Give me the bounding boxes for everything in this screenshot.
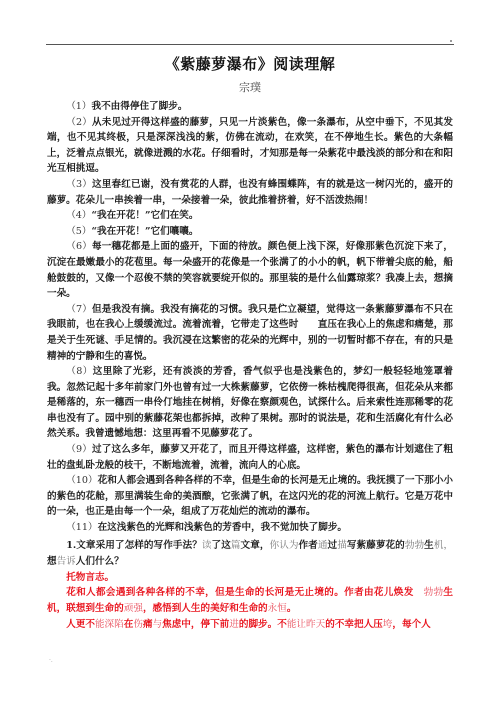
answer-text: 人更不 bbox=[66, 619, 95, 630]
paragraph-text: 花和人都会遇到各种各样的不幸，但是生命的长河是无止境的。我抚摸了一下那小小的紫色… bbox=[47, 475, 453, 517]
question-text: 了这 bbox=[212, 540, 231, 551]
question-text: 人们什么？ bbox=[76, 556, 124, 567]
answer-line-1: 托物言志。 bbox=[47, 570, 453, 586]
answer-text: 顽强 bbox=[124, 603, 143, 614]
paragraph-number: （7） bbox=[66, 304, 92, 315]
paragraph-7: （7）但是我没有摘。我没有摘花的习惯。我只是伫立凝望，觉得这一条紫藤萝瀑布不只在… bbox=[47, 302, 453, 364]
question-text: 篇 bbox=[231, 540, 241, 551]
question-text: 告诉 bbox=[57, 556, 76, 567]
paragraph-text: “我在开花！”它们嚷嚷。 bbox=[91, 226, 198, 237]
question-text: 生 bbox=[424, 540, 434, 551]
question-text: 想 bbox=[47, 556, 57, 567]
paragraph-number: （10） bbox=[66, 475, 97, 486]
document-author: 宗璞 bbox=[0, 79, 500, 95]
paragraph-text: 这里春红已谢，没有赏花的人群，也没有蜂围蝶阵，有的就是这一树闪光的，盛开的藤萝。… bbox=[47, 179, 453, 206]
paragraph-4: （4）“我在开花！”它们在笑。 bbox=[47, 208, 453, 224]
questions-section: 1.文章采用了怎样的写作手法？读了这篇文章，你认为作者通过描写紫藤萝花的勃勃生机… bbox=[47, 538, 453, 633]
paragraph-text: 从未见过开得这样盛的藤萝，只见一片淡紫色，像一条瀑布，从空中垂下，不见其发端，也… bbox=[47, 117, 453, 175]
paragraph-9: （9）过了这么多年，藤萝又开花了，而且开得这样盛，这样密，紫色的瀑布计划遮住了粗… bbox=[47, 442, 453, 473]
paragraph-number: （2） bbox=[66, 117, 92, 128]
answer-text: 勃勃 bbox=[424, 587, 444, 598]
document-title: 《紫藤萝瀑布》阅读理解 bbox=[0, 53, 500, 74]
question-text: 作者 bbox=[299, 540, 318, 551]
paragraph-number: （6） bbox=[66, 241, 92, 252]
answer-text: 托物言志。 bbox=[66, 572, 114, 583]
page-mark: ·. bbox=[49, 657, 53, 664]
paragraph-6: （6）每一穗花都是上面的盛开，下面的待放。颜色便上浅下深，好像那紫色沉淀下来了，… bbox=[47, 239, 453, 301]
answer-text: 痛 bbox=[143, 619, 153, 630]
answer-text: 花和人都会遇到各种各样的不幸，但是生命的长河是无止境的。作者由花儿焕发 bbox=[66, 587, 423, 598]
answer-text: 垮 bbox=[383, 619, 393, 630]
answer-line-2: 花和人都会遇到各种各样的不幸，但是生命的长河是无止境的。作者由花儿焕发 勃勃生机… bbox=[47, 585, 453, 617]
question-text: 描 bbox=[337, 540, 347, 551]
answer-text: 进 bbox=[229, 619, 239, 630]
answer-text: 的脚步。不 bbox=[239, 619, 287, 630]
paragraph-number: （1） bbox=[66, 101, 91, 112]
paragraph-text: 在这浅紫色的光辉和浅紫色的芳香中，我不觉加快了脚步。 bbox=[98, 522, 347, 533]
paragraph-text: 每一穗花都是上面的盛开，下面的待放。颜色便上浅下深，好像那紫色沉淀下来了，沉淀在… bbox=[47, 241, 453, 299]
paragraph-1: （1）我不由得停住了脚步。 bbox=[47, 99, 453, 115]
question-text: 文章， bbox=[241, 540, 270, 551]
question-text: 1.文章采用了怎样的写作手法？ bbox=[66, 540, 202, 551]
paragraph-number: （11） bbox=[66, 522, 97, 533]
question-text: 写紫藤萝花的 bbox=[347, 540, 405, 551]
answer-text: 能深陷 bbox=[95, 619, 124, 630]
answer-text: 与 bbox=[153, 619, 163, 630]
answer-text: 能让昨天 bbox=[287, 619, 325, 630]
question-text: 你认为 bbox=[270, 540, 299, 551]
paragraph-11: （11）在这浅紫色的光辉和浅紫色的芳香中，我不觉加快了脚步。 bbox=[47, 520, 453, 536]
answer-text: ，每个人 bbox=[392, 619, 430, 630]
question-text: 读 bbox=[202, 540, 212, 551]
paragraph-2: （2）从未见过开得这样盛的藤萝，只见一片淡紫色，像一条瀑布，从空中垂下，不见其发… bbox=[47, 115, 453, 177]
question-text: 过 bbox=[328, 540, 338, 551]
answer-text: 在 bbox=[124, 619, 134, 630]
paragraph-text: 我不由得停住了脚步。 bbox=[91, 101, 187, 112]
question-text: 通 bbox=[318, 540, 328, 551]
article-body: （1）我不由得停住了脚步。 （2）从未见过开得这样盛的藤萝，只见一片淡紫色，像一… bbox=[47, 99, 453, 536]
paragraph-text: 但是我没有摘。我没有摘花的习惯。我只是伫立凝望，觉得这一条紫藤萝瀑布不只在我眼前… bbox=[47, 304, 453, 362]
paragraph-10: （10）花和人都会遇到各种各样的不幸，但是生命的长河是无止境的。我抚摸了一下那小… bbox=[47, 473, 453, 520]
paragraph-number: （4） bbox=[66, 210, 91, 221]
header-rule bbox=[46, 44, 454, 45]
question-text: 机， bbox=[434, 540, 453, 551]
answer-text: 焦虑中，停下前 bbox=[162, 619, 229, 630]
answer-line-3: 人更不能深陷在伤痛与焦虑中，停下前进的脚步。不能让昨天的不幸把人压垮，每个人 bbox=[47, 617, 453, 633]
paragraph-number: （5） bbox=[66, 226, 91, 237]
paragraph-5: （5）“我在开花！”它们嚷嚷。 bbox=[47, 224, 453, 240]
question-text: 勃勃 bbox=[405, 540, 424, 551]
paragraph-8: （8）这里除了光彩，还有淡淡的芳香，香气似乎也是浅紫色的，梦幻一般轻轻地笼罩着我… bbox=[47, 364, 453, 442]
paragraph-text: “我在开花！”它们在笑。 bbox=[91, 210, 198, 221]
question-1: 1.文章采用了怎样的写作手法？读了这篇文章，你认为作者通过描写紫藤萝花的勃勃生机… bbox=[47, 538, 453, 570]
paragraph-number: （9） bbox=[66, 444, 92, 455]
header-mark bbox=[450, 40, 452, 42]
answer-text: 的不幸把人压 bbox=[325, 619, 383, 630]
answer-text: 永恒 bbox=[268, 603, 287, 614]
answer-text: 。 bbox=[287, 603, 297, 614]
paragraph-number: （8） bbox=[66, 366, 93, 377]
answer-text: ，感悟到人生的美好和生命的 bbox=[143, 603, 268, 614]
paragraph-3: （3）这里春红已谢，没有赏花的人群，也没有蜂围蝶阵，有的就是这一树闪光的，盛开的… bbox=[47, 177, 453, 208]
paragraph-text: 这里除了光彩，还有淡淡的芳香，香气似乎也是浅紫色的，梦幻一般轻轻地笼罩着我。忽然… bbox=[47, 366, 453, 439]
paragraph-text: 过了这么多年，藤萝又开花了，而且开得这样盛，这样密，紫色的瀑布计划遮住了粗壮的盘… bbox=[47, 444, 453, 471]
answer-text: 伤 bbox=[133, 619, 143, 630]
paragraph-number: （3） bbox=[66, 179, 92, 190]
